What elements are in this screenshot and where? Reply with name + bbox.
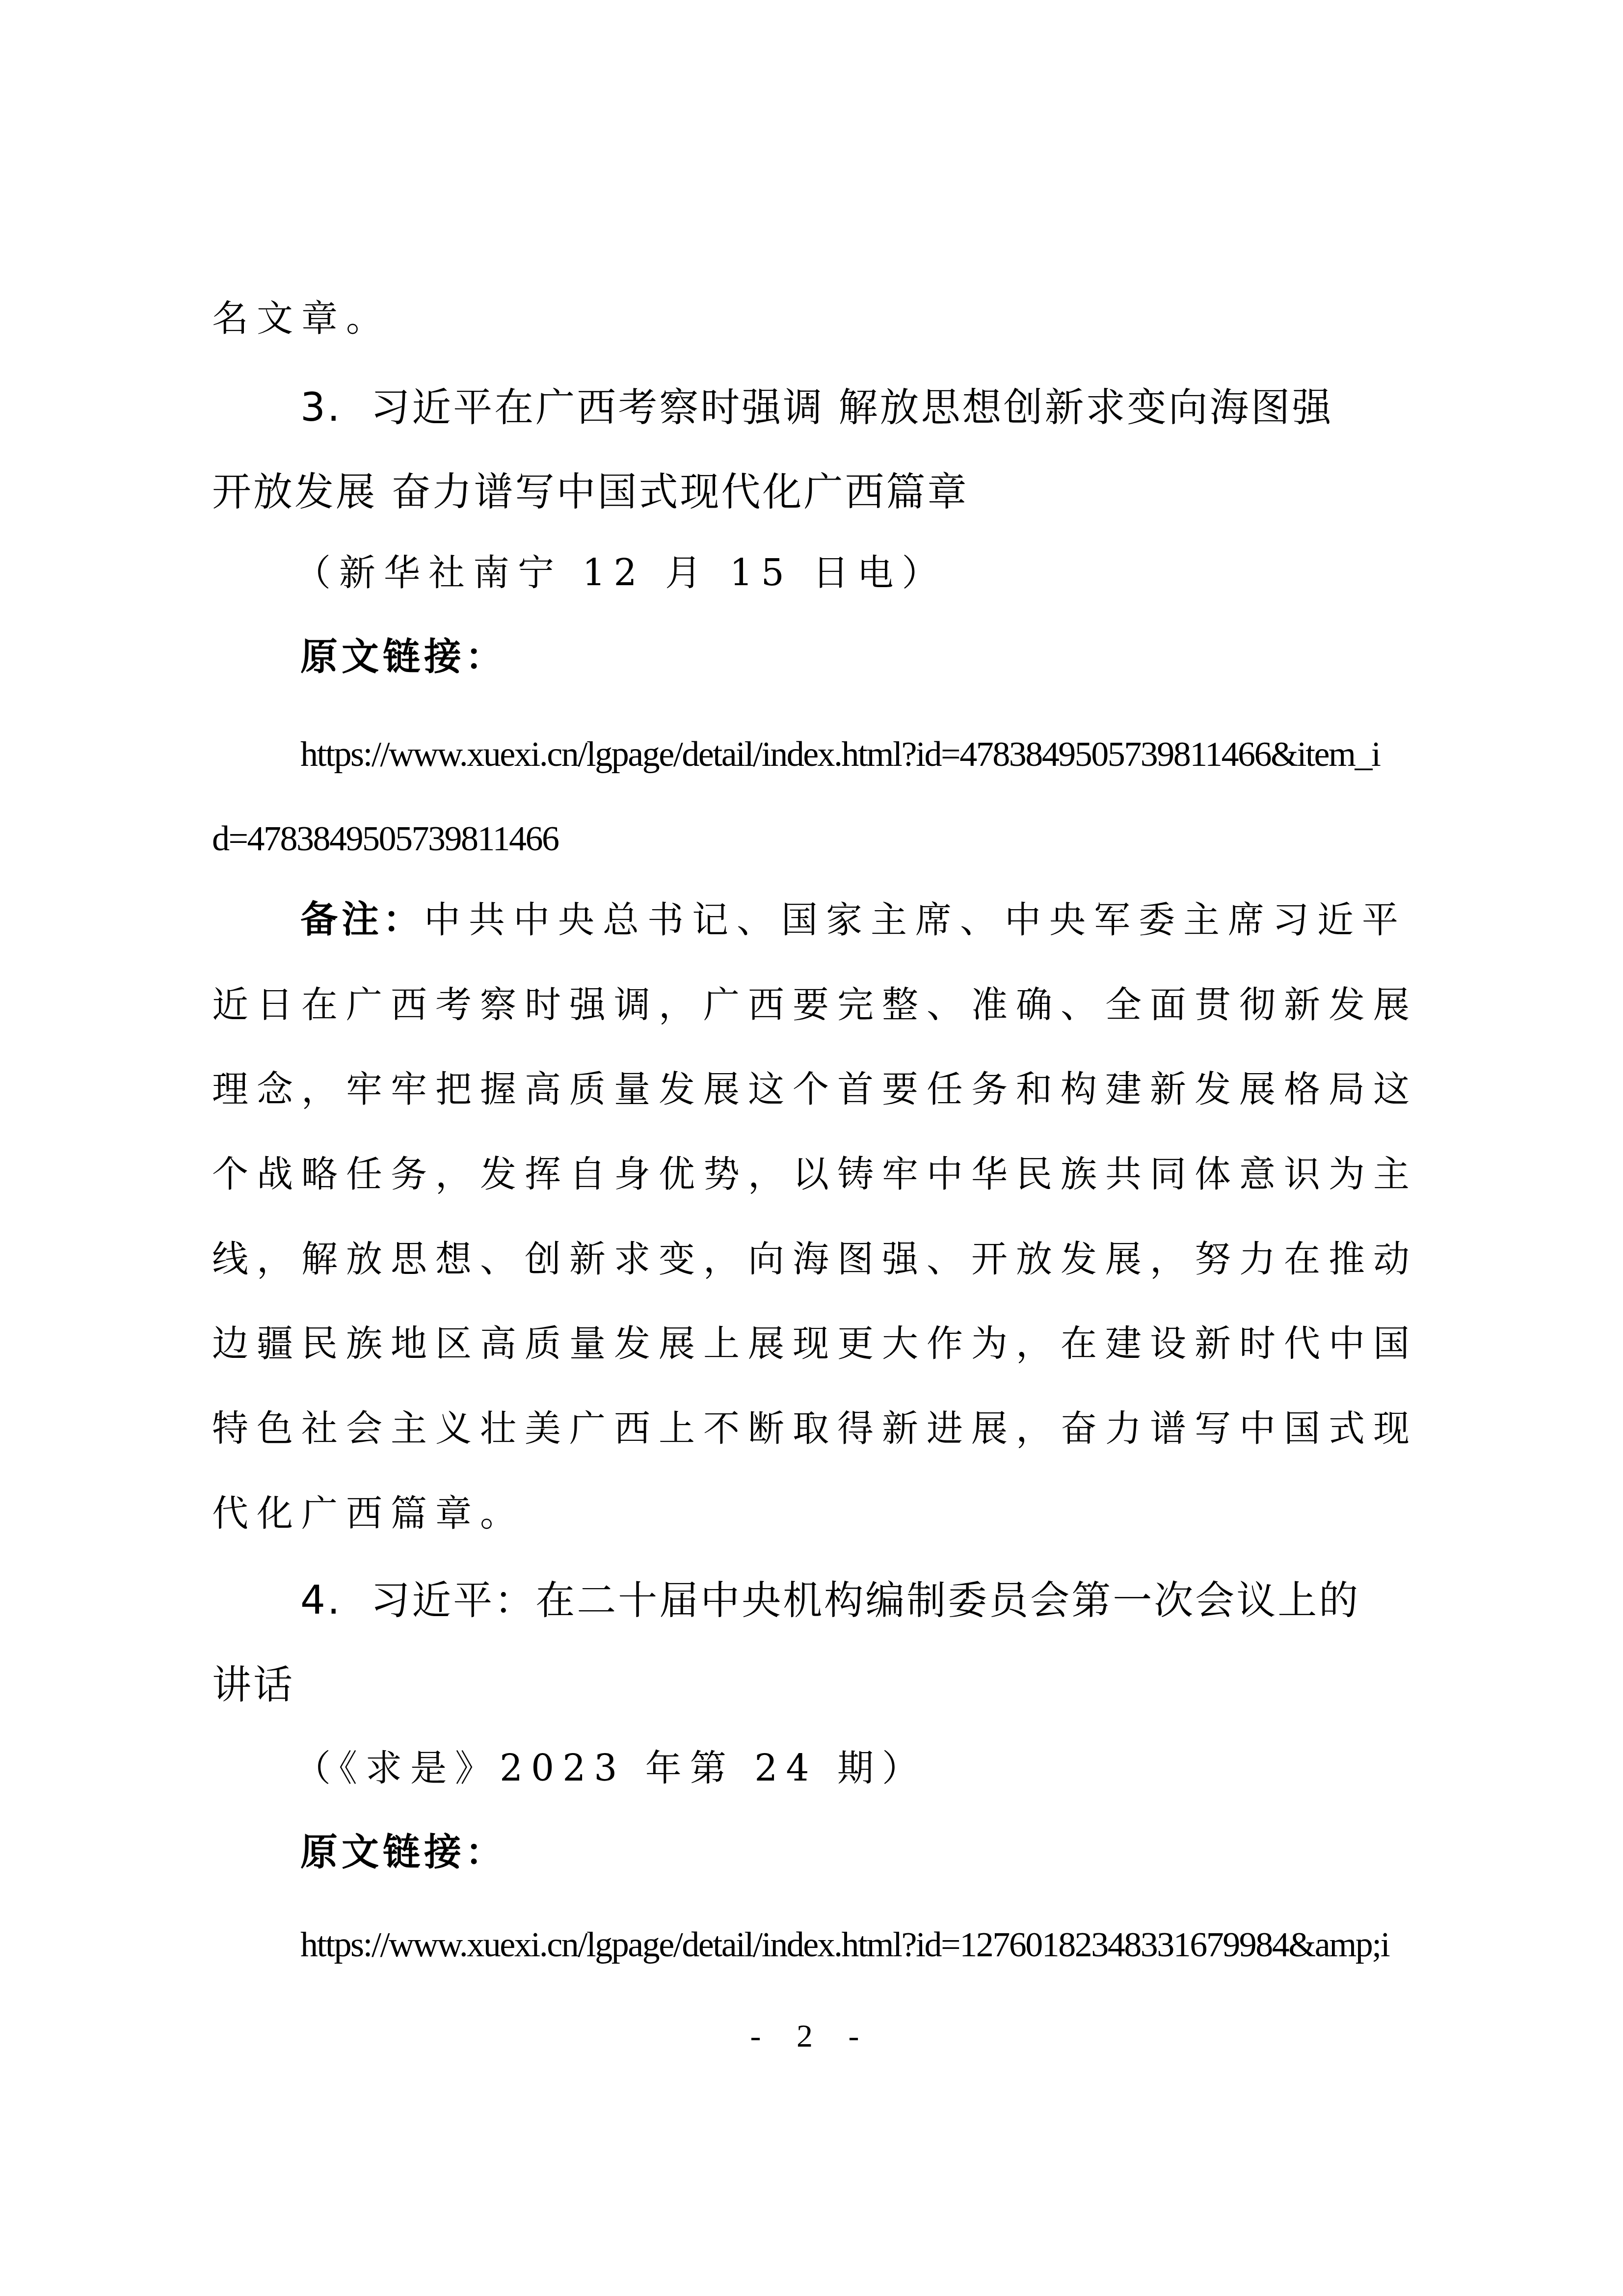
item-4-title: 习近平：在二十届中央机构编制委员会第一次会议上的 [371, 1577, 1360, 1623]
item-3-url-link[interactable]: https://www.xuexi.cn/lgpage/detail/index… [300, 736, 1380, 772]
continuation-text: 名文章。 [212, 300, 391, 337]
note-text: 近日在广西考察时强调，广西要完整、准确、全面贯彻新发展 [212, 987, 1418, 1023]
item-3-number: 3. [300, 384, 342, 430]
item-4-title-line2: 讲话 [212, 1665, 294, 1704]
item-3-url-link-cont[interactable]: d=4783849505739811466 [212, 821, 558, 856]
item-4-title-line1: 4. 习近平：在二十届中央机构编制委员会第一次会议上的 [300, 1581, 1360, 1620]
note-text: 中共中央总书记、国家主席、中央军委主席习近平 [424, 899, 1407, 941]
item-3-title: 习近平在广西考察时强调 解放思想创新求变向海图强 [371, 384, 1333, 430]
note-text: 理念，牢牢把握高质量发展这个首要任务和构建新发展格局这 [212, 1071, 1418, 1107]
note-text: 边疆民族地区高质量发展上展现更大作为，在建设新时代中国 [212, 1325, 1418, 1362]
item-3-title-line2: 开放发展 奋力谱写中国式现代化广西篇章 [212, 472, 968, 512]
item-3-note-line: 备注：中共中央总书记、国家主席、中央军委主席习近平 [300, 901, 1407, 938]
item-3-title-line1: 3. 习近平在广西考察时强调 解放思想创新求变向海图强 [300, 388, 1333, 427]
note-text: 特色社会主义壮美广西上不断取得新进展，奋力谱写中国式现 [212, 1410, 1418, 1447]
item-4-number: 4. [300, 1577, 342, 1623]
item-4-link-label: 原文链接： [300, 1834, 506, 1871]
document-page: 名文章。 3. 习近平在广西考察时强调 解放思想创新求变向海图强 开放发展 奋力… [0, 0, 1623, 2296]
item-4-source: （《求是》2023 年第 24 期） [294, 1750, 927, 1786]
page-number: - 2 - [0, 2018, 1623, 2055]
note-text: 代化广西篇章。 [212, 1495, 525, 1532]
note-text: 个战略任务，发挥自身优势，以铸牢中华民族共同体意识为主 [212, 1156, 1418, 1192]
item-3-link-label: 原文链接： [300, 638, 506, 675]
note-text: 线，解放思想、创新求变，向海图强、开放发展，努力在推动 [212, 1241, 1418, 1277]
item-4-url-link[interactable]: https://www.xuexi.cn/lgpage/detail/index… [300, 1927, 1389, 1962]
item-3-note-label: 备注： [300, 897, 424, 941]
item-3-source: （新华社南宁 12 月 15 日电） [294, 555, 946, 591]
